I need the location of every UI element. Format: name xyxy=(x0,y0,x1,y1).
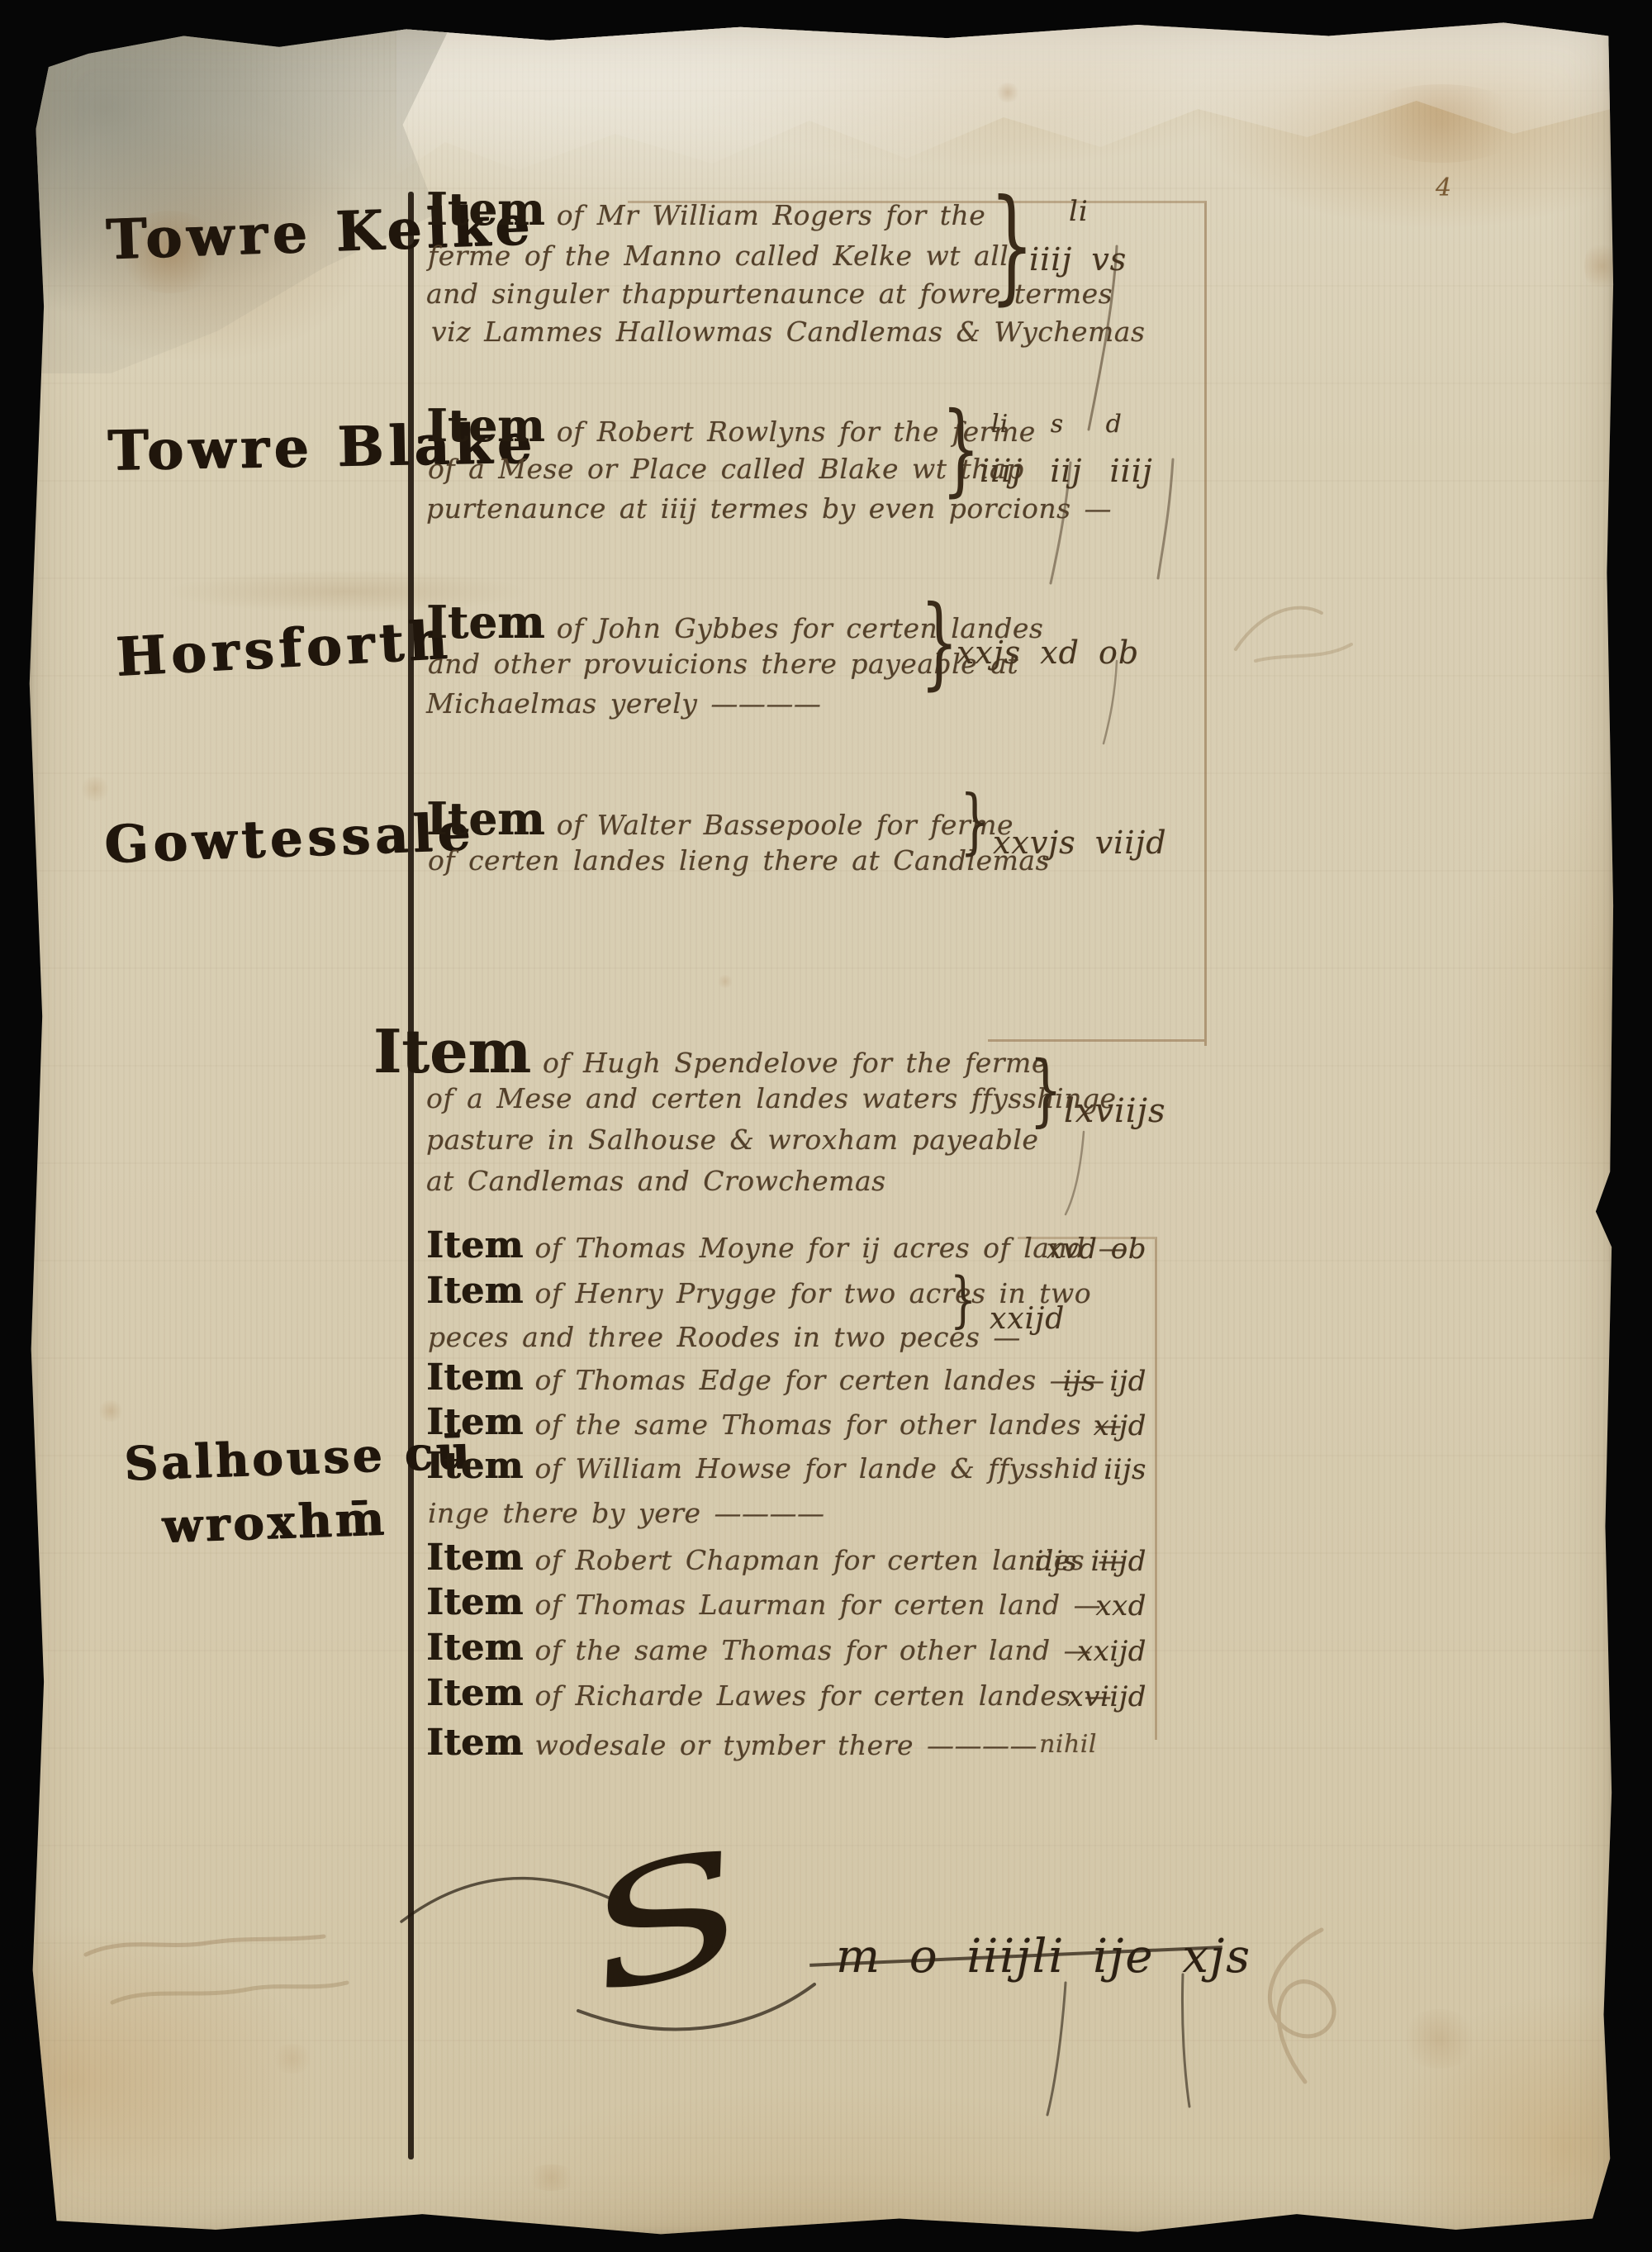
entry-text: of the same Thomas for other landes — xyxy=(534,1409,1122,1441)
entry-text: pasture in Salhouse & wroxham payeable xyxy=(426,1124,1038,1156)
stain-spot xyxy=(1584,240,1619,292)
amount-denomination: li s d xyxy=(991,410,1123,439)
amount-value: lxviijs xyxy=(1064,1092,1165,1130)
entry-text: of a Mese or Place called Blake wt thap xyxy=(428,453,1024,485)
item-initial: Item xyxy=(426,801,545,837)
stain-spot xyxy=(271,2044,314,2074)
item-initial: Item xyxy=(426,1543,523,1572)
entry-text: of Hugh Spendelove for the ferme xyxy=(543,1047,1048,1079)
amount-value: xxijd xyxy=(1077,1635,1146,1668)
item-initial: Item xyxy=(426,408,545,444)
item-initial: Item xyxy=(426,605,545,640)
item-initial: Item xyxy=(373,1028,531,1076)
folio-mark: 4 xyxy=(1436,173,1452,202)
entry-text: purtenaunce at iiij termes by even porci… xyxy=(426,492,1112,525)
item-initial: Item xyxy=(426,192,545,227)
list-item: Itemof the same Thomas for other landes … xyxy=(426,1408,1146,1441)
amount-value: nihil xyxy=(1039,1730,1097,1759)
entry-text: of Thomas Moyne for ij acres of land — xyxy=(534,1232,1126,1264)
amount-value: xxd xyxy=(1095,1589,1146,1622)
entry-text: of a Mese and certen landes waters ffyss… xyxy=(426,1082,1117,1114)
amount-value: xvd ob xyxy=(1047,1233,1146,1266)
list-item: Itemof Henry Prygge for two acres in two xyxy=(426,1276,922,1309)
gray-corner-stain xyxy=(25,18,454,373)
amount-brace: } xyxy=(950,1271,976,1331)
entry-text: of Walter Bassepoole for ferme xyxy=(557,809,1014,841)
list-item: Itemof Thomas Edge for certen landes —— … xyxy=(426,1363,1146,1396)
entry-text: of certen landes lieng there at Candlema… xyxy=(428,844,1050,877)
item-initial: Item xyxy=(426,1588,523,1617)
item-initial: Item xyxy=(426,1633,523,1662)
list-item: Itemof the same Thomas for other land — … xyxy=(426,1633,1146,1666)
item-initial: Item xyxy=(426,1363,523,1392)
list-item: Itemwodesale or tymber there ———— nihil xyxy=(426,1728,1146,1761)
margin-label-salhouse-line2: wroxhm̄ xyxy=(161,1491,388,1553)
list-item: Itemof Robert Chapman for certen landes … xyxy=(426,1543,1146,1576)
amount-value: iiij vs xyxy=(1029,241,1127,278)
stain-spot xyxy=(525,2164,578,2191)
amount-brace: } xyxy=(960,786,990,858)
photograph-black-background: 4 Towre Kelke Towre Blake Horsforth Gowt… xyxy=(0,0,1652,2252)
list-item: Itemof Richarde Lawes for certen landes … xyxy=(426,1679,1146,1712)
item-initial: Item xyxy=(426,1451,523,1480)
entry-text: of the same Thomas for other land — xyxy=(534,1634,1091,1666)
amount-denomination: li xyxy=(1069,195,1089,228)
amount-brace: } xyxy=(942,400,980,499)
list-item-continuation: inge there by yere ———— xyxy=(428,1497,825,1529)
entry-text: at Candlemas and Crowchemas xyxy=(426,1165,886,1197)
top-light-band xyxy=(396,18,1611,183)
stain-spot xyxy=(79,777,111,801)
stain-spot xyxy=(995,83,1020,102)
item-initial: Item xyxy=(426,1408,523,1437)
entry-text: viz Lammes Hallowmas Candlemas & Wychema… xyxy=(431,316,1145,348)
entry-text: Michaelmas yerely ———— xyxy=(426,687,821,720)
amount-brace: } xyxy=(1029,1051,1062,1129)
entry-rule-line xyxy=(408,192,414,2159)
amount-brace: } xyxy=(990,183,1034,307)
entry-text: of Thomas Edge for certen landes —— xyxy=(534,1364,1104,1396)
amount-value: xxvjs viijd xyxy=(993,824,1167,861)
amount-value: ijs ijd xyxy=(1063,1365,1146,1398)
stain-spot xyxy=(97,1400,124,1422)
entry-text: ferme of the Manno called Kelke wt all xyxy=(428,240,1009,272)
amount-value: iijs iiijd xyxy=(1035,1545,1146,1578)
amount-value: xxijd xyxy=(990,1302,1065,1336)
amount-value: iiij iij iiij xyxy=(980,453,1153,489)
amount-value: xxjs xd ob xyxy=(957,634,1139,671)
entry-text: of Mr William Rogers for the xyxy=(557,199,986,231)
entry-text: wodesale or tymber there ———— xyxy=(534,1729,1037,1761)
list-item: Itemof Thomas Laurman for certen land — … xyxy=(426,1588,1146,1621)
item-initial: Item xyxy=(426,1276,523,1305)
stain-spot xyxy=(1400,2009,1479,2069)
stain-spot xyxy=(1355,84,1528,163)
item-initial: Item xyxy=(426,1679,523,1708)
amount-value: xijd xyxy=(1094,1409,1146,1442)
entry-text: of Richarde Lawes for certen landes — xyxy=(534,1679,1112,1712)
list-item-continuation: peces and three Roodes in two peces — xyxy=(428,1321,1021,1353)
amount-brace: } xyxy=(920,593,959,692)
entry-text: of William Howse for lande & ffysshid xyxy=(534,1452,1099,1485)
item-initial: Item xyxy=(426,1728,523,1757)
item-initial: Item xyxy=(426,1231,523,1260)
list-item: Itemof William Howse for lande & ffysshi… xyxy=(426,1451,1146,1485)
list-item: Itemof Thomas Moyne for ij acres of land… xyxy=(426,1231,1146,1264)
amount-value: iijs xyxy=(1104,1453,1146,1486)
amount-value: xviijd xyxy=(1068,1680,1146,1713)
entry-text: of Thomas Laurman for certen land — xyxy=(534,1589,1101,1621)
